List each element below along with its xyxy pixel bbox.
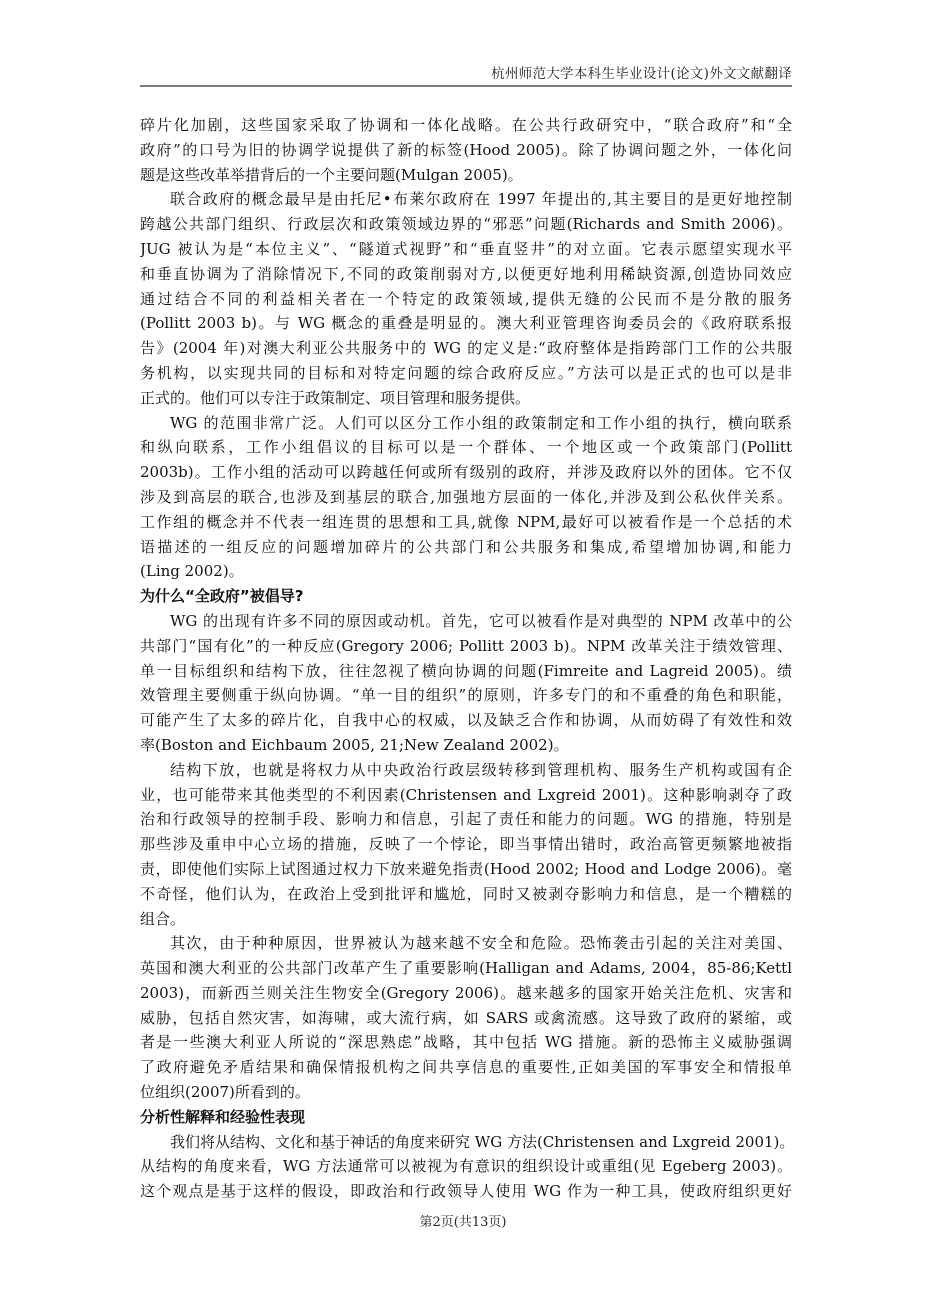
text-line: WG 的范围非常广泛。人们可以区分工作小组的政策制定和工作小组的执行，横向联系 bbox=[140, 411, 792, 436]
text-line: 责，即使他们实际上试图通过权力下放来避免指责(Hood 2002; Hood a… bbox=[140, 857, 792, 882]
text-line: 从结构的角度来看，WG 方法通常可以被视为有意识的组织设计或重组(见 Egebe… bbox=[140, 1154, 792, 1179]
text-line: 工作组的概念并不代表一组连贯的思想和工具,就像 NPM,最好可以被看作是一个总括… bbox=[140, 510, 792, 535]
text-line: 和垂直协调为了消除情况下,不同的政策削弱对方,以便更好地利用稀缺资源,创造协同效… bbox=[140, 262, 792, 287]
paragraph-5: 结构下放，也就是将权力从中央政治行政层级转移到管理机构、服务生产机构或国有企 业… bbox=[140, 758, 792, 932]
text-line: 结构下放，也就是将权力从中央政治行政层级转移到管理机构、服务生产机构或国有企 bbox=[140, 758, 792, 783]
text-line: 正式的。他们可以专注于政策制定、项目管理和服务提供。 bbox=[140, 386, 792, 411]
text-line: JUG 被认为是“本位主义”、“隧道式视野”和“垂直竖井”的对立面。它表示愿望实… bbox=[140, 237, 792, 262]
page-number: 第2页(共13页) bbox=[0, 1211, 926, 1230]
text-line: 涉及到高层的联合,也涉及到基层的联合,加强地方层面的一体化,并涉及到公私伙伴关系… bbox=[140, 485, 792, 510]
text-line: 联合政府的概念最早是由托尼•布莱尔政府在 1997 年提出的,其主要目的是更好地… bbox=[140, 187, 792, 212]
text-line: 率(Boston and Eichbaum 2005, 21;New Zeala… bbox=[140, 733, 792, 758]
paragraph-4: WG 的出现有许多不同的原因或动机。首先，它可以被看作是对典型的 NPM 改革中… bbox=[140, 609, 792, 758]
text-line: 英国和澳大利亚的公共部门改革产生了重要影响(Halligan and Adams… bbox=[140, 956, 792, 981]
text-line: 告》(2004 年)对澳大利亚公共服务中的 WG 的定义是:“政府整体是指跨部门… bbox=[140, 336, 792, 361]
text-line: 题是这些改革举措背后的一个主要问题(Mulgan 2005)。 bbox=[140, 163, 792, 188]
text-line: 务机构，以实现共同的目标和对特定问题的综合政府反应。”方法可以是正式的也可以是非 bbox=[140, 361, 792, 386]
text-line: 语描述的一组反应的问题增加碎片的公共部门和公共服务和集成,希望增加协调,和能力 bbox=[140, 535, 792, 560]
text-line: 单一目标组织和结构下放，往往忽视了横向协调的问题(Fimreite and La… bbox=[140, 659, 792, 684]
text-line: 治和行政领导的控制手段、影响力和信息，引起了责任和能力的问题。WG 的措施，特别… bbox=[140, 807, 792, 832]
header-rule bbox=[140, 85, 792, 87]
section-heading-analysis: 分析性解释和经验性表现 bbox=[140, 1105, 792, 1130]
text-line: 业，也可能带来其他类型的不利因素(Christensen and Lxgreid… bbox=[140, 783, 792, 808]
text-line: 共部门“国有化”的一种反应(Gregory 2006; Pollitt 2003… bbox=[140, 634, 792, 659]
text-line: 效管理主要侧重于纵向协调。“单一目的组织”的原则，许多专门的和不重叠的角色和职能… bbox=[140, 683, 792, 708]
paragraph-3: WG 的范围非常广泛。人们可以区分工作小组的政策制定和工作小组的执行，横向联系 … bbox=[140, 411, 792, 585]
text-line: (Pollitt 2003 b)。与 WG 概念的重叠是明显的。澳大利亚管理咨询… bbox=[140, 311, 792, 336]
text-line: 位组织(2007)所看到的。 bbox=[140, 1080, 792, 1105]
page-header-title: 杭州师范大学本科生毕业设计(论文)外文文献翻译 bbox=[140, 62, 792, 82]
text-line: 这个观点是基于这样的假设，即政治和行政领导人使用 WG 作为一种工具，使政府组织… bbox=[140, 1179, 792, 1204]
text-line: 其次，由于种种原因，世界被认为越来越不安全和危险。恐怖袭击引起的关注对美国、 bbox=[140, 931, 792, 956]
text-line: 和纵向联系，工作小组倡议的目标可以是一个群体、一个地区或一个政策部门(Polli… bbox=[140, 435, 792, 460]
text-line: 碎片化加剧，这些国家采取了协调和一体化战略。在公共行政研究中，“联合政府”和“全 bbox=[140, 113, 792, 138]
text-line: 组合。 bbox=[140, 907, 792, 932]
text-line: 2003)，而新西兰则关注生物安全(Gregory 2006)。越来越多的国家开… bbox=[140, 981, 792, 1006]
text-line: 政府”的口号为旧的协调学说提供了新的标签(Hood 2005)。除了协调问题之外… bbox=[140, 138, 792, 163]
paragraph-7: 我们将从结构、文化和基于神话的角度来研究 WG 方法(Christensen a… bbox=[140, 1130, 792, 1204]
text-line: 者是一些澳大利亚人所说的“深思熟虑”战略，其中包括 WG 措施。新的恐怖主义威胁… bbox=[140, 1030, 792, 1055]
text-line: 2003b)。工作小组的活动可以跨越任何或所有级别的政府，并涉及政府以外的团体。… bbox=[140, 460, 792, 485]
document-body: 碎片化加剧，这些国家采取了协调和一体化战略。在公共行政研究中，“联合政府”和“全… bbox=[140, 113, 792, 1204]
text-line: 可能产生了太多的碎片化，自我中心的权威，以及缺乏合作和协调，从而妨碍了有效性和效 bbox=[140, 708, 792, 733]
text-line: 通过结合不同的利益相关者在一个特定的政策领域,提供无缝的公民而不是分散的服务 bbox=[140, 287, 792, 312]
text-line: 不奇怪，他们认为，在政治上受到批评和尴尬，同时又被剥夺影响力和信息，是一个糟糕的 bbox=[140, 882, 792, 907]
text-line: 了政府避免矛盾结果和确保情报机构之间共享信息的重要性,正如美国的军事安全和情报单 bbox=[140, 1055, 792, 1080]
text-line: WG 的出现有许多不同的原因或动机。首先，它可以被看作是对典型的 NPM 改革中… bbox=[140, 609, 792, 634]
text-line: (Ling 2002)。 bbox=[140, 559, 792, 584]
paragraph-2: 联合政府的概念最早是由托尼•布莱尔政府在 1997 年提出的,其主要目的是更好地… bbox=[140, 187, 792, 410]
paragraph-1: 碎片化加剧，这些国家采取了协调和一体化战略。在公共行政研究中，“联合政府”和“全… bbox=[140, 113, 792, 187]
text-line: 我们将从结构、文化和基于神话的角度来研究 WG 方法(Christensen a… bbox=[140, 1130, 792, 1155]
paragraph-6: 其次，由于种种原因，世界被认为越来越不安全和危险。恐怖袭击引起的关注对美国、 英… bbox=[140, 931, 792, 1105]
section-heading-why-wg: 为什么“全政府”被倡导? bbox=[140, 584, 792, 609]
text-line: 跨越公共部门组织、行政层次和政策领域边界的“邪恶”问题(Richards and… bbox=[140, 212, 792, 237]
text-line: 那些涉及重申中心立场的措施，反映了一个悖论，即当事情出错时，政治高管更频繁地被指 bbox=[140, 832, 792, 857]
text-line: 威胁，包括自然灾害，如海啸，或大流行病，如 SARS 或禽流感。这导致了政府的紧… bbox=[140, 1006, 792, 1031]
